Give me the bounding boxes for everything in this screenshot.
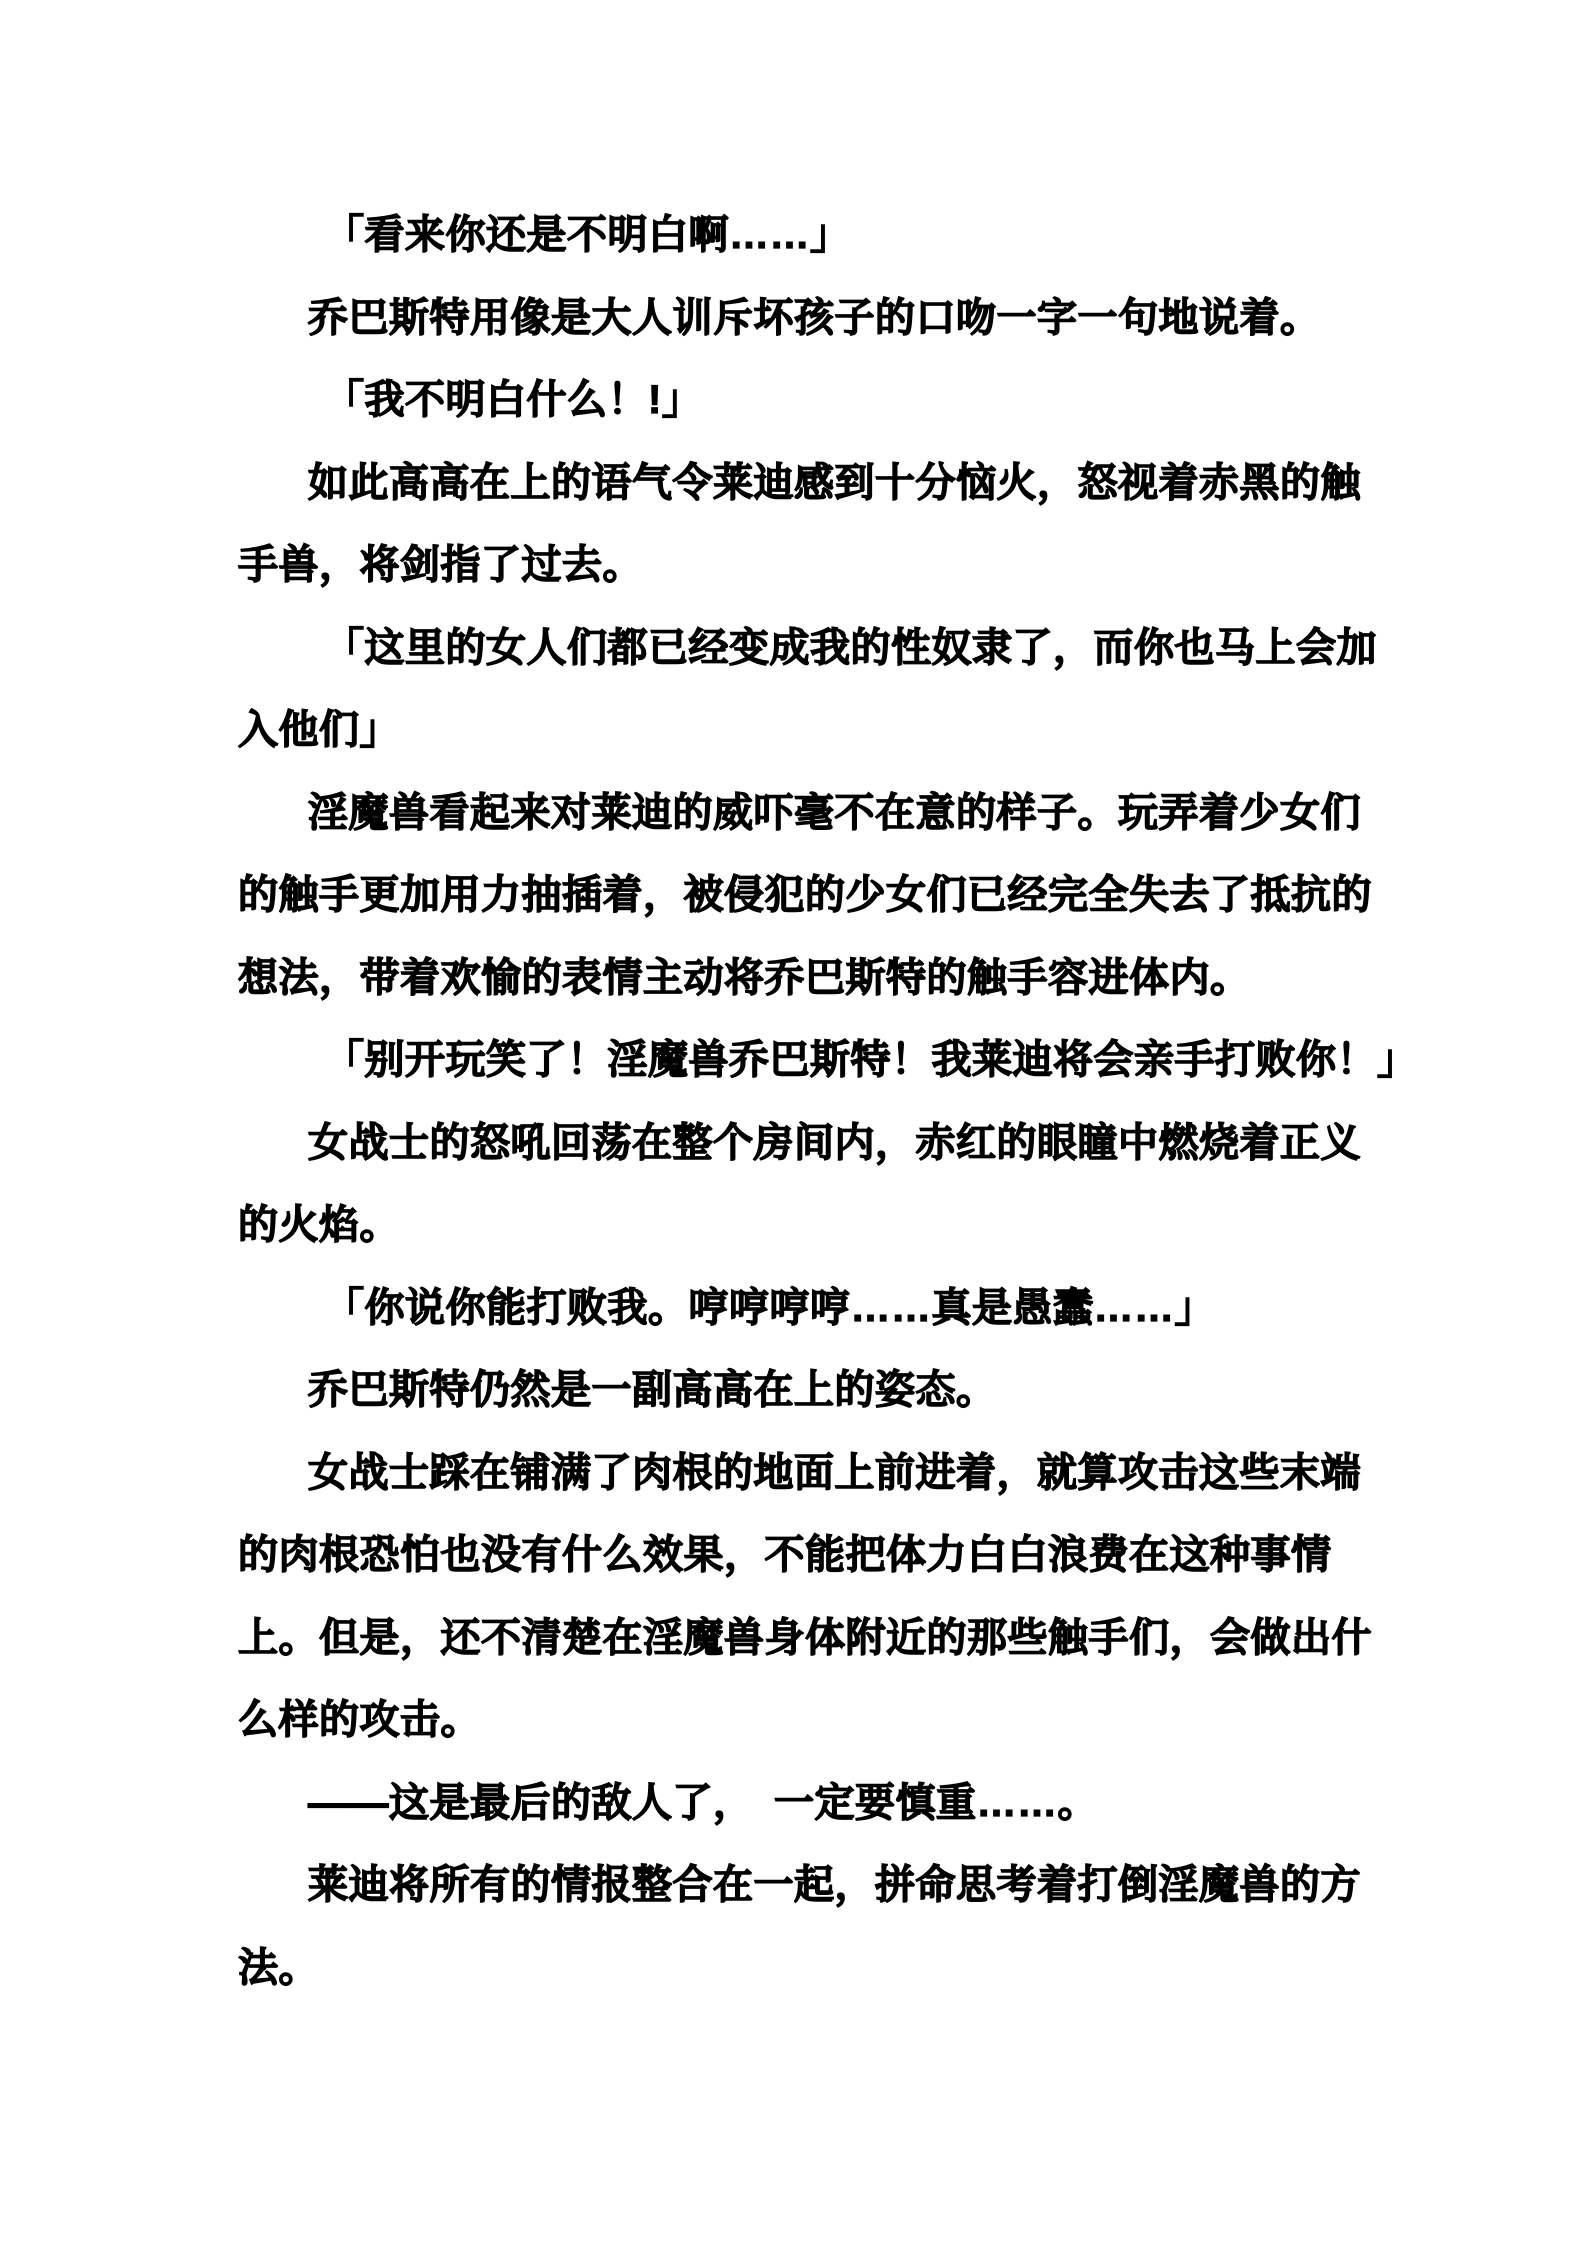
text-line: 想法，带着欢愉的表情主动将乔巴斯特的触手容进体内。 [238,937,1428,1020]
text-line: 莱迪将所有的情报整合在一起，拼命思考着打倒淫魔兽的方 [238,1844,1428,1927]
text-line: 的火焰。 [238,1184,1428,1267]
text-line: 的触手更加用力抽插着，被侵犯的少女们已经完全失去了抵抗的 [238,854,1428,937]
text-line: 的肉根恐怕也没有什么效果，不能把体力白白浪费在这种事情 [238,1514,1428,1597]
text-line: 乔巴斯特仍然是一副高高在上的姿态。 [238,1349,1428,1432]
text-line: 乔巴斯特用像是大人训斥坏孩子的口吻一字一句地说着。 [238,277,1428,360]
text-line: 上。但是，还不清楚在淫魔兽身体附近的那些触手们，会做出什 [238,1597,1428,1680]
text-line: ——这是最后的敌人了， 一定要慎重……。 [238,1762,1428,1845]
text-line: 女战士踩在铺满了肉根的地面上前进着，就算攻击这些末端 [238,1432,1428,1515]
text-line: 手兽，将剑指了过去。 [238,524,1428,607]
text-line: 如此高高在上的语气令莱迪感到十分恼火，怒视着赤黑的触 [238,442,1428,525]
text-line: 入他们」 [238,689,1428,772]
text-line: 「我不明白什么！!」 [238,359,1428,442]
text-line: 法。 [238,1927,1428,2010]
text-line: 「这里的女人们都已经变成我的性奴隶了，而你也马上会加 [238,607,1428,690]
text-line: 么样的攻击。 [238,1679,1428,1762]
text-line: 淫魔兽看起来对莱迪的威吓毫不在意的样子。玩弄着少女们 [238,772,1428,855]
text-line: 女战士的怒吼回荡在整个房间内，赤红的眼瞳中燃烧着正义 [238,1102,1428,1185]
text-line: 「看来你还是不明白啊……」 [238,194,1428,277]
text-line: 「别开玩笑了！淫魔兽乔巴斯特！我莱迪将会亲手打败你！」 [238,1019,1428,1102]
text-block: 「看来你还是不明白啊……」 乔巴斯特用像是大人训斥坏孩子的口吻一字一句地说着。 … [238,194,1428,2009]
text-line: 「你说你能打败我。哼哼哼哼……真是愚蠢……」 [238,1267,1428,1350]
document-page: 「看来你还是不明白啊……」 乔巴斯特用像是大人训斥坏孩子的口吻一字一句地说着。 … [0,0,1587,2245]
